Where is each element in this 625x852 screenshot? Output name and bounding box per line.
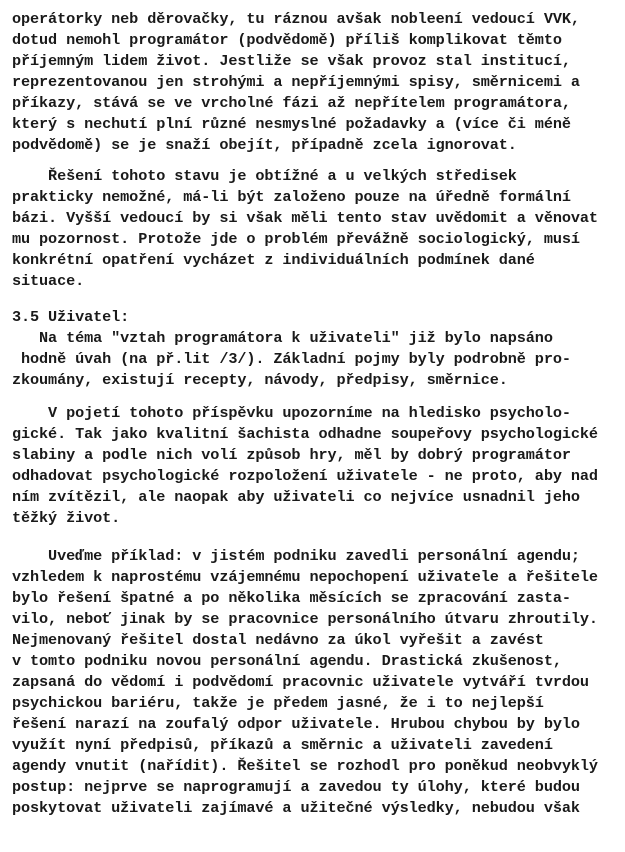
text-line: agendy vnutit (nařídit). Řešitel se rozh… xyxy=(12,756,598,776)
document-page: operátorky neb děrovačky, tu ráznou avša… xyxy=(0,0,625,852)
text-line: postup: nejprve se naprogramují a zavedo… xyxy=(12,777,580,797)
text-line: hodně úvah (na př.lit /3/). Základní poj… xyxy=(12,349,571,369)
text-line: slabiny a podle nich volí způsob hry, mě… xyxy=(12,445,571,465)
text-line: ním zvítězil, ale naopak aby uživateli c… xyxy=(12,487,580,507)
text-line: dotud nemohl programátor (podvědomě) pří… xyxy=(12,30,562,50)
text-line: příkazy, stává se ve vrcholné fázi až ne… xyxy=(12,93,571,113)
text-line: prakticky nemožné, má-li být založeno po… xyxy=(12,187,571,207)
text-line: v tomto podniku novou personální agendu.… xyxy=(12,651,562,671)
text-line: situace. xyxy=(12,271,84,291)
text-line: vzhledem k naprostému vzájemnému nepocho… xyxy=(12,567,598,587)
section-heading: 3.5 Uživatel: xyxy=(12,307,129,327)
text-line: Uveďme příklad: v jistém podniku zavedli… xyxy=(12,546,580,566)
text-line: zkoumány, existují recepty, návody, před… xyxy=(12,370,508,390)
text-line: bylo řešení špatné a po několika měsícíc… xyxy=(12,588,571,608)
text-line: odhadovat psychologické rozpoložení uživ… xyxy=(12,466,598,486)
text-line: Nejmenovaný řešitel dostal nedávno za úk… xyxy=(12,630,544,650)
text-line: řešení narazí na zoufalý odpor uživatele… xyxy=(12,714,580,734)
text-line: poskytovat uživateli zajímavé a užitečné… xyxy=(12,798,580,818)
text-line: zapsaná do vědomí i podvědomí pracovnic … xyxy=(12,672,589,692)
text-line: mu pozornost. Protože jde o problém přev… xyxy=(12,229,580,249)
text-line: bázi. Vyšší vedoucí by si však měli tent… xyxy=(12,208,598,228)
text-line: který s nechutí plní různé nesmyslné pož… xyxy=(12,114,571,134)
text-line: příjemným lidem život. Jestliže se však … xyxy=(12,51,571,71)
text-line: těžký život. xyxy=(12,508,120,528)
text-line: podvědomě) se je snaží obejít, případně … xyxy=(12,135,517,155)
text-line: operátorky neb děrovačky, tu ráznou avša… xyxy=(12,9,580,29)
text-line: Na téma "vztah programátora k uživateli"… xyxy=(12,328,553,348)
text-line: reprezentovanou jen strohými a nepříjemn… xyxy=(12,72,580,92)
text-line: vilo, neboť jinak by se pracovnice perso… xyxy=(12,609,598,629)
text-line: gické. Tak jako kvalitní šachista odhadn… xyxy=(12,424,598,444)
text-line: psychickou bariéru, takže je předem jasn… xyxy=(12,693,544,713)
text-line: konkrétní opatření vycházet z individuál… xyxy=(12,250,535,270)
text-line: využít nyní předpisů, příkazů a směrnic … xyxy=(12,735,553,755)
text-line: Řešení tohoto stavu je obtížné a u velký… xyxy=(12,166,517,186)
text-line: V pojetí tohoto příspěvku upozorníme na … xyxy=(12,403,571,423)
